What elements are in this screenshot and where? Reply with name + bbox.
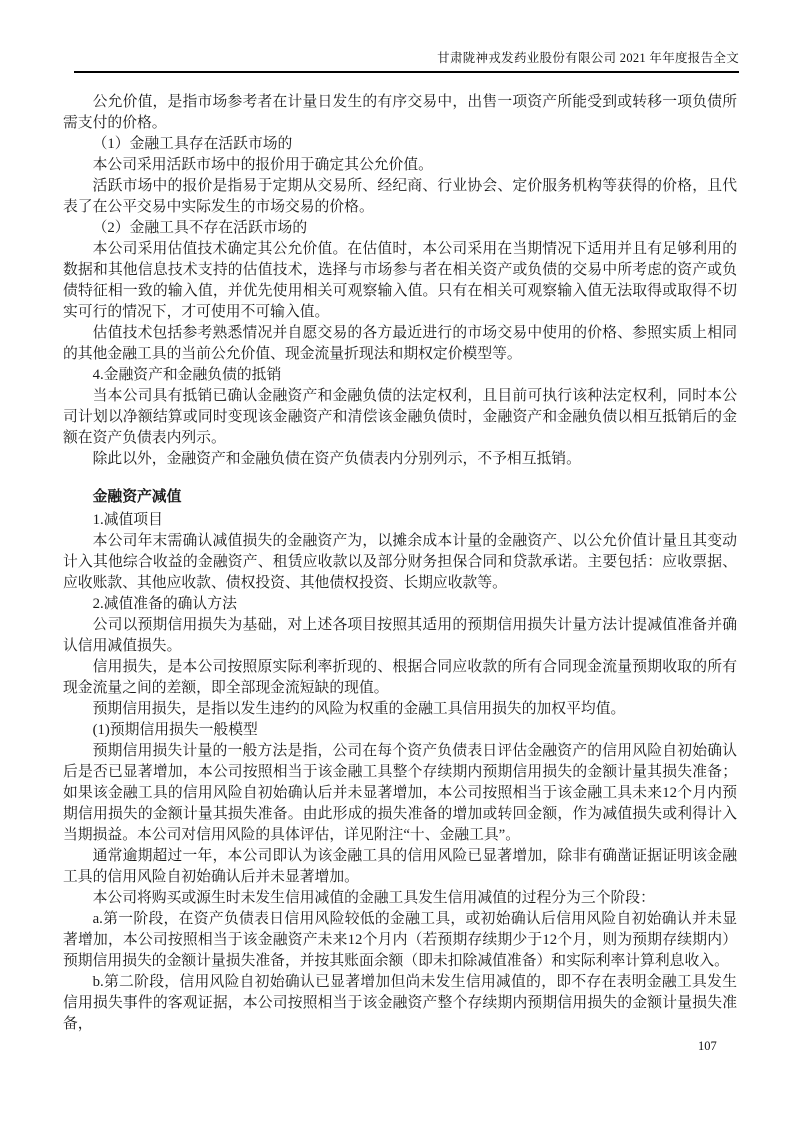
paragraph: 估值技术包括参考熟悉情况并自愿交易的各方最近进行的市场交易中使用的价格、参照实质… [63,323,737,365]
paragraph: 当本公司具有抵销已确认金融资产和金融负债的法定权利，且目前可执行该种法定权利，同… [63,386,737,449]
paragraph: 1.减值项目 [63,510,737,531]
paragraph: 通常逾期超过一年，本公司即认为该金融工具的信用风险已显著增加，除非有确凿证据证明… [63,846,737,888]
paragraph: 公允价值，是指市场参考者在计量日发生的有序交易中，出售一项资产所能受到或转移一项… [63,92,737,134]
paragraph: 预期信用损失计量的一般方法是指，公司在每个资产负债表日评估金融资产的信用风险自初… [63,741,737,846]
report-page: 甘肃陇神戎发药业股份有限公司 2021 年年度报告全文 公允价值，是指市场参考者… [0,0,793,1122]
header-title: 甘肃陇神戎发药业股份有限公司 2021 年年度报告全文 [74,50,739,67]
paragraph: 公司以预期信用损失为基础，对上述各项目按照其适用的预期信用损失计量方法计提减值准… [63,615,737,657]
header-rule [74,71,739,73]
document-body: 公允价值，是指市场参考者在计量日发生的有序交易中，出售一项资产所能受到或转移一项… [63,92,737,1035]
paragraph: 本公司将购买或源生时未发生信用减值的金融工具发生信用减值的过程分为三个阶段： [63,888,737,909]
paragraph: （2）金融工具不存在活跃市场的 [63,218,737,239]
paragraph: 预期信用损失，是指以发生违约的风险为权重的金融工具信用损失的加权平均值。 [63,699,737,720]
section-heading: 金融资产减值 [63,487,737,508]
paragraph: a.第一阶段，在资产负债表日信用风险较低的金融工具，或初始确认后信用风险自初始确… [63,909,737,972]
paragraph: 本公司采用估值技术确定其公允价值。在估值时，本公司采用在当期情况下适用并且有足够… [63,239,737,323]
paragraph: 本公司年末需确认减值损失的金融资产为，以摊余成本计量的金融资产、以公允价值计量且… [63,531,737,594]
page-number: 107 [698,1039,717,1054]
page-header: 甘肃陇神戎发药业股份有限公司 2021 年年度报告全文 [74,50,739,73]
paragraph: 活跃市场中的报价是指易于定期从交易所、经纪商、行业协会、定价服务机构等获得的价格… [63,176,737,218]
paragraph: 除此以外，金融资产和金融负债在资产负债表内分别列示，不予相互抵销。 [63,449,737,470]
paragraph: b.第二阶段，信用风险自初始确认已显著增加但尚未发生信用减值的，即不存在表明金融… [63,972,737,1035]
paragraph: 本公司采用活跃市场中的报价用于确定其公允价值。 [63,155,737,176]
paragraph: （1）金融工具存在活跃市场的 [63,134,737,155]
paragraph: 2.减值准备的确认方法 [63,594,737,615]
paragraph: 信用损失，是本公司按照原实际利率折现的、根据合同应收款的所有合同现金流量预期收取… [63,657,737,699]
paragraph: (1)预期信用损失一般模型 [63,720,737,741]
paragraph: 4.金融资产和金融负债的抵销 [63,365,737,386]
